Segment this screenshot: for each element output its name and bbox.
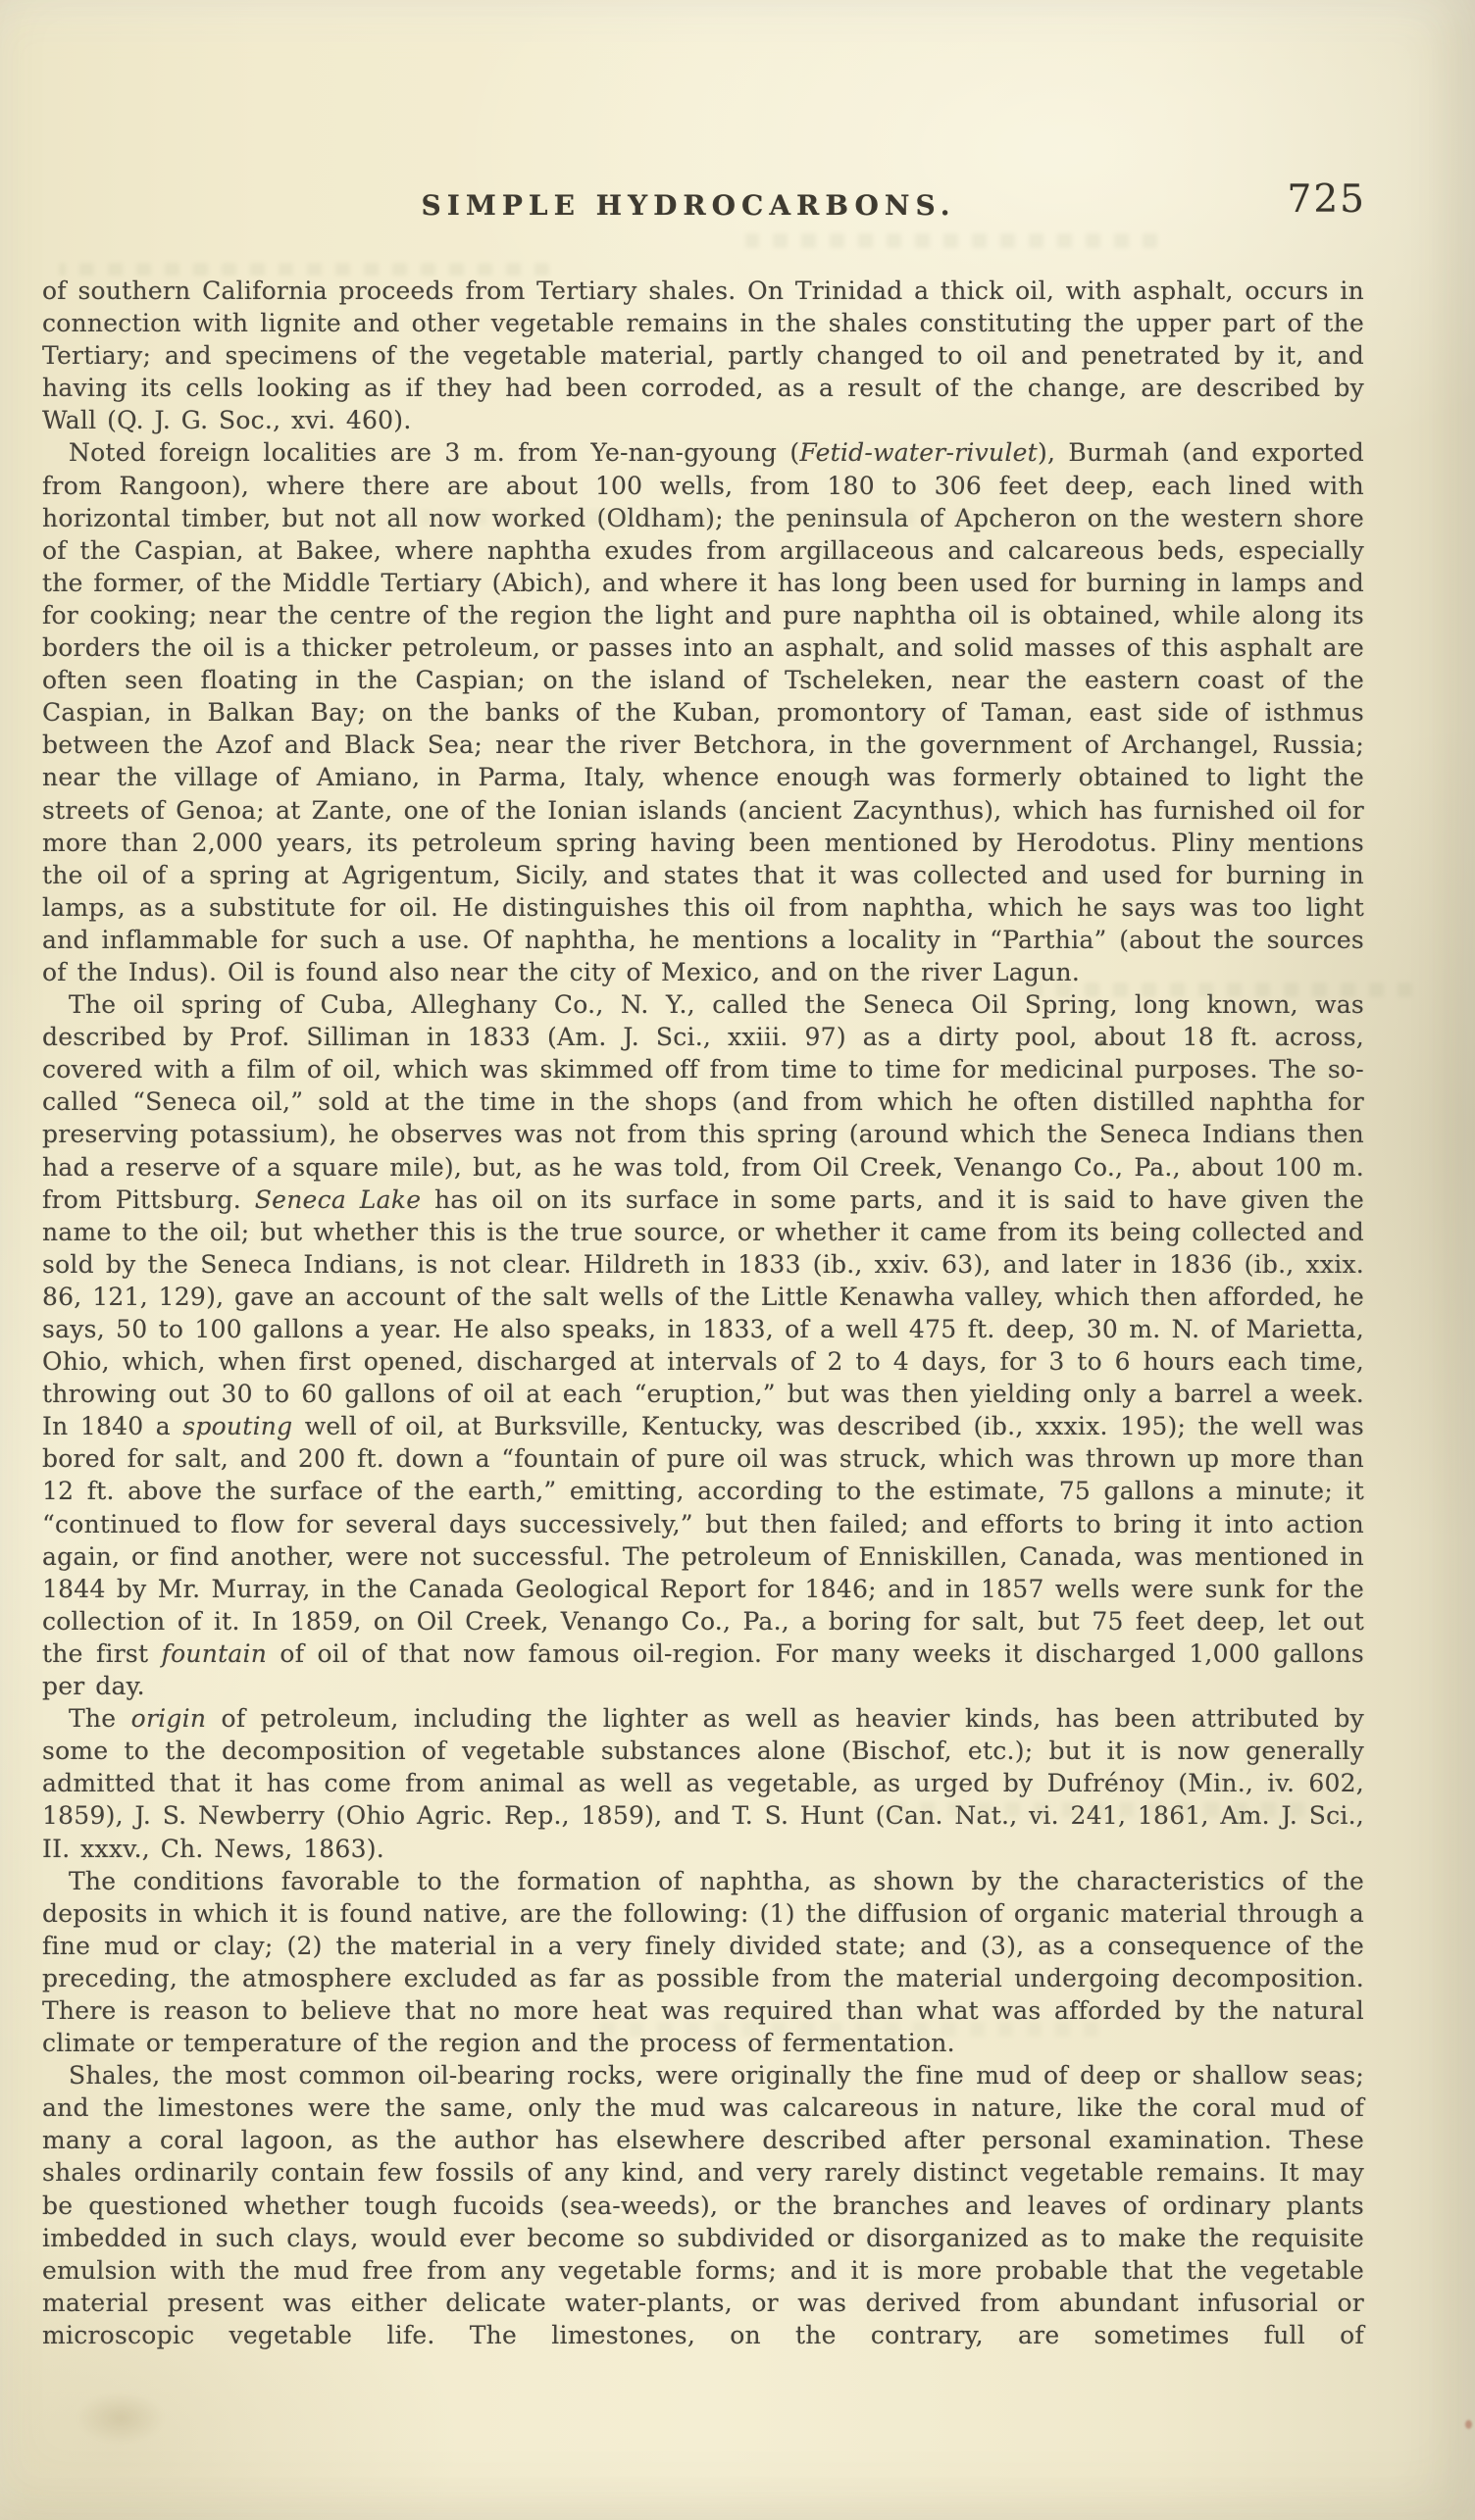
ink-speck (1099, 1040, 1104, 1045)
text-run: The oil spring of Cuba, Alleghany Co., N… (42, 990, 1364, 1214)
text-run: of petroleum, including the lighter as w… (42, 1704, 1364, 1862)
show-through-smudge (1020, 983, 1412, 997)
show-through-smudge (59, 263, 549, 276)
text-run: The (69, 1704, 131, 1733)
italic-text-run: origin (131, 1704, 207, 1733)
ink-speck (1465, 2420, 1472, 2429)
text-run: Shales, the most common oil-bearing rock… (42, 2061, 1364, 2349)
page-number: 725 (1288, 176, 1366, 224)
paragraph: of southern California proceeds from Ter… (42, 275, 1364, 436)
text-run: Noted foreign localities are 3 m. from Y… (69, 438, 799, 467)
running-head: SIMPLE HYDROCARBONS. 725 (42, 186, 1366, 235)
show-through-smudge (745, 233, 1157, 248)
text-block: of southern California proceeds from Ter… (42, 275, 1364, 2351)
italic-text-run: spouting (182, 1412, 292, 1440)
italic-text-run: fountain (162, 1639, 268, 1668)
text-run: has oil on its surface in some parts, an… (42, 1185, 1364, 1441)
book-page: SIMPLE HYDROCARBONS. 725 of southern Cal… (0, 0, 1475, 2520)
page-header-title: SIMPLE HYDROCARBONS. (26, 186, 1350, 226)
paper-stain (76, 2393, 165, 2444)
ink-speck (852, 778, 856, 781)
italic-text-run: Fetid-water-rivulet (799, 438, 1038, 467)
paragraph: Shales, the most common oil-bearing rock… (42, 2059, 1364, 2351)
text-run: of southern California proceeds from Ter… (42, 277, 1364, 434)
text-run: well of oil, at Burksville, Kentucky, wa… (42, 1412, 1364, 1668)
paragraph: The origin of petroleum, including the l… (42, 1702, 1364, 1864)
italic-text-run: Seneca Lake (255, 1185, 421, 1214)
paragraph: The oil spring of Cuba, Alleghany Co., N… (42, 988, 1364, 1702)
show-through-smudge (422, 510, 971, 525)
show-through-smudge (883, 1802, 1304, 1817)
show-through-smudge (588, 2022, 1098, 2037)
